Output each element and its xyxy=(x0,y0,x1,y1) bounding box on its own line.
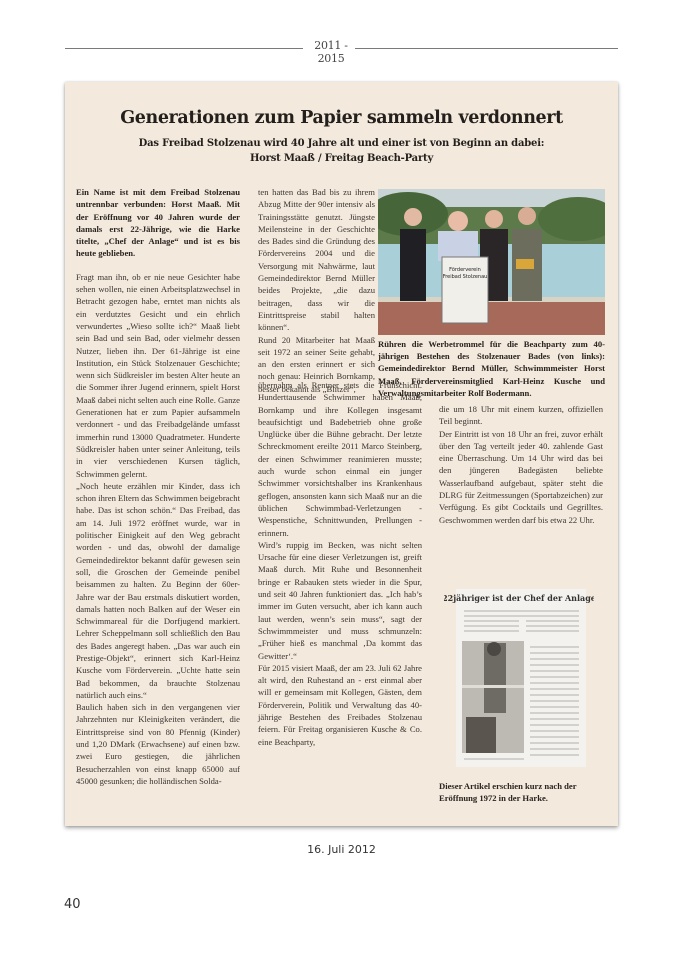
historic-newspaper-clipping: 22jähriger ist der Chef der Anlage xyxy=(444,587,594,770)
svg-text:22jähriger ist der Chef der An: 22jähriger ist der Chef der Anlage xyxy=(444,593,594,603)
article-subheadline: Das Freibad Stolzenau wird 40 Jahre alt … xyxy=(85,136,598,166)
paragraph: ten hatten das Bad bis zu ihrem Abzug Mi… xyxy=(258,186,375,334)
article-column-2-continued: übernahm als Rentner stets die Frühschic… xyxy=(258,379,422,748)
photo-caption: Rühren die Werbetrommel für die Beachpar… xyxy=(378,338,605,399)
paragraph: „Noch heute erzählen mir Kinder, dass ic… xyxy=(76,480,240,701)
paragraph: Der Eintritt ist von 18 Uhr an frei, zuv… xyxy=(439,428,603,526)
article-column-2: ten hatten das Bad bis zu ihrem Abzug Mi… xyxy=(258,186,375,395)
page-number: 40 xyxy=(64,897,81,912)
header-rule-right xyxy=(355,48,618,49)
group-photo: Förderverein Freibad Stolzenau xyxy=(378,189,605,335)
clipping-caption: Dieser Artikel erschien kurz nach der Er… xyxy=(439,780,603,804)
article-headline: Generationen zum Papier sammeln verdonne… xyxy=(65,108,618,128)
svg-text:Förderverein: Förderverein xyxy=(449,267,481,273)
paragraph: Für 2015 visiert Maaß, der am 23. Juli 6… xyxy=(258,662,422,748)
publication-date: 16. Juli 2012 xyxy=(0,843,683,856)
paragraph: übernahm als Rentner stets die Frühschic… xyxy=(258,379,422,539)
paragraph: Wird’s ruppig im Becken, was nicht selte… xyxy=(258,539,422,662)
section-title: 2011 - 2015 xyxy=(309,39,353,65)
page-header: 2011 - 2015 xyxy=(65,36,618,56)
paragraph: Baulich haben sich in den vergangenen vi… xyxy=(76,701,240,787)
newspaper-article: Generationen zum Papier sammeln verdonne… xyxy=(65,82,618,826)
article-column-1: Ein Name ist mit dem Freibad Stolzenau u… xyxy=(76,186,240,787)
svg-text:Freibad Stolzenau: Freibad Stolzenau xyxy=(443,274,488,280)
subheadline-line-1: Das Freibad Stolzenau wird 40 Jahre alt … xyxy=(85,136,598,151)
article-column-3: die um 18 Uhr mit einem kurzen, offiziel… xyxy=(439,403,603,526)
article-lead: Ein Name ist mit dem Freibad Stolzenau u… xyxy=(76,186,240,260)
paragraph: Fragt man ihn, ob er nie neue Gesichter … xyxy=(76,271,240,480)
photo-pool-group-icon: Förderverein Freibad Stolzenau xyxy=(378,189,605,335)
subheadline-line-2: Horst Maaß / Freitag Beach-Party xyxy=(85,151,598,166)
header-rule-left xyxy=(65,48,303,49)
paragraph: die um 18 Uhr mit einem kurzen, offiziel… xyxy=(439,403,603,428)
clipping-image-icon: 22jähriger ist der Chef der Anlage xyxy=(444,587,594,770)
